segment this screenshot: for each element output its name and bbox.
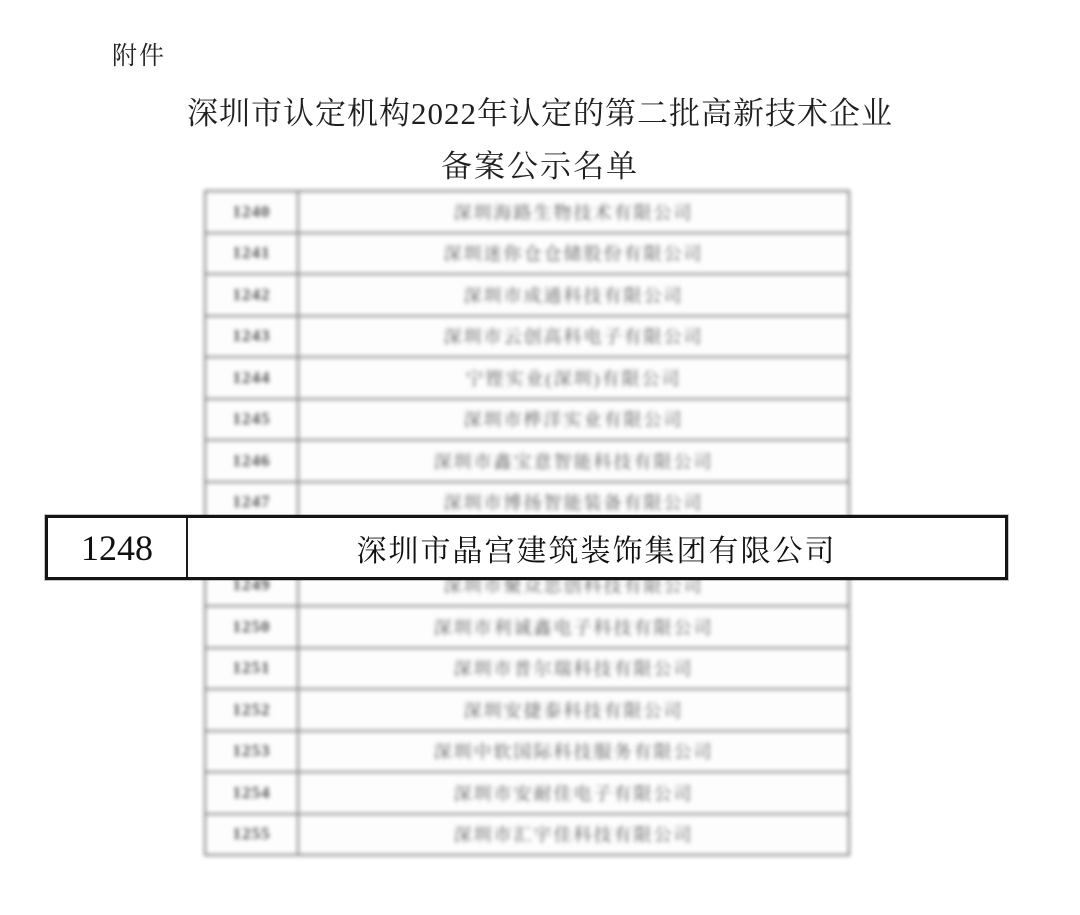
company-name-cell: 深圳安捷泰科技有限公司 [299, 690, 848, 730]
attachment-label: 附件 [112, 36, 166, 72]
row-number-cell: 1244 [206, 358, 299, 398]
row-number-cell: 1246 [206, 441, 299, 481]
table-row: 1244 宁铿实业(深圳)有限公司 [206, 358, 848, 400]
table-row: 1243 深圳市云创高科电子有限公司 [206, 317, 848, 359]
document-page: 附件 深圳市认定机构2022年认定的第二批高新技术企业 备案公示名单 1240 … [0, 0, 1080, 915]
company-name-cell: 深圳市桦洋实业有限公司 [299, 400, 848, 440]
document-title-line2: 备案公示名单 [0, 141, 1080, 186]
highlighted-company-name: 深圳市晶宫建筑装饰集团有限公司 [188, 518, 1005, 577]
row-number-cell: 1255 [206, 815, 299, 855]
table-row: 1255 深圳市汇宇佳科技有限公司 [206, 815, 848, 855]
company-name-cell: 深圳海路生物技术有限公司 [299, 192, 848, 232]
company-name-cell: 深圳迷你仓仓储股份有限公司 [299, 234, 848, 274]
row-number-cell: 1254 [206, 773, 299, 813]
table-row: 1240 深圳海路生物技术有限公司 [206, 192, 848, 234]
row-number-cell: 1243 [206, 317, 299, 357]
table-row: 1254 深圳市安耐佳电子有限公司 [206, 773, 848, 815]
company-name-cell: 深圳市成通科技有限公司 [299, 275, 848, 315]
table-row: 1252 深圳安捷泰科技有限公司 [206, 690, 848, 732]
highlighted-row-number: 1248 [48, 518, 188, 577]
table-row: 1245 深圳市桦洋实业有限公司 [206, 400, 848, 442]
company-name-cell: 深圳市鑫宝意智能科技有限公司 [299, 441, 848, 481]
company-name-cell: 宁铿实业(深圳)有限公司 [299, 358, 848, 398]
company-name-cell: 深圳市汇宇佳科技有限公司 [299, 815, 848, 855]
row-number-cell: 1253 [206, 732, 299, 772]
table-row: 1242 深圳市成通科技有限公司 [206, 275, 848, 317]
table-row: 1250 深圳市利诚鑫电子科技有限公司 [206, 607, 848, 649]
company-name-cell: 深圳市安耐佳电子有限公司 [299, 773, 848, 813]
row-number-cell: 1250 [206, 607, 299, 647]
table-row: 1251 深圳市普尔瑞科技有限公司 [206, 649, 848, 691]
table-row: 1241 深圳迷你仓仓储股份有限公司 [206, 234, 848, 276]
row-number-cell: 1241 [206, 234, 299, 274]
company-name-cell: 深圳市普尔瑞科技有限公司 [299, 649, 848, 689]
row-number-cell: 1251 [206, 649, 299, 689]
table-row: 1246 深圳市鑫宝意智能科技有限公司 [206, 441, 848, 483]
document-title-line1: 深圳市认定机构2022年认定的第二批高新技术企业 [0, 88, 1080, 133]
row-number-cell: 1242 [206, 275, 299, 315]
row-number-cell: 1245 [206, 400, 299, 440]
highlighted-row-1248: 1248 深圳市晶宫建筑装饰集团有限公司 [45, 515, 1008, 580]
company-name-cell: 深圳中软国际科技服务有限公司 [299, 732, 848, 772]
row-number-cell: 1252 [206, 690, 299, 730]
company-name-cell: 深圳市利诚鑫电子科技有限公司 [299, 607, 848, 647]
company-name-cell: 深圳市云创高科电子有限公司 [299, 317, 848, 357]
row-number-cell: 1240 [206, 192, 299, 232]
table-row: 1253 深圳中软国际科技服务有限公司 [206, 732, 848, 774]
